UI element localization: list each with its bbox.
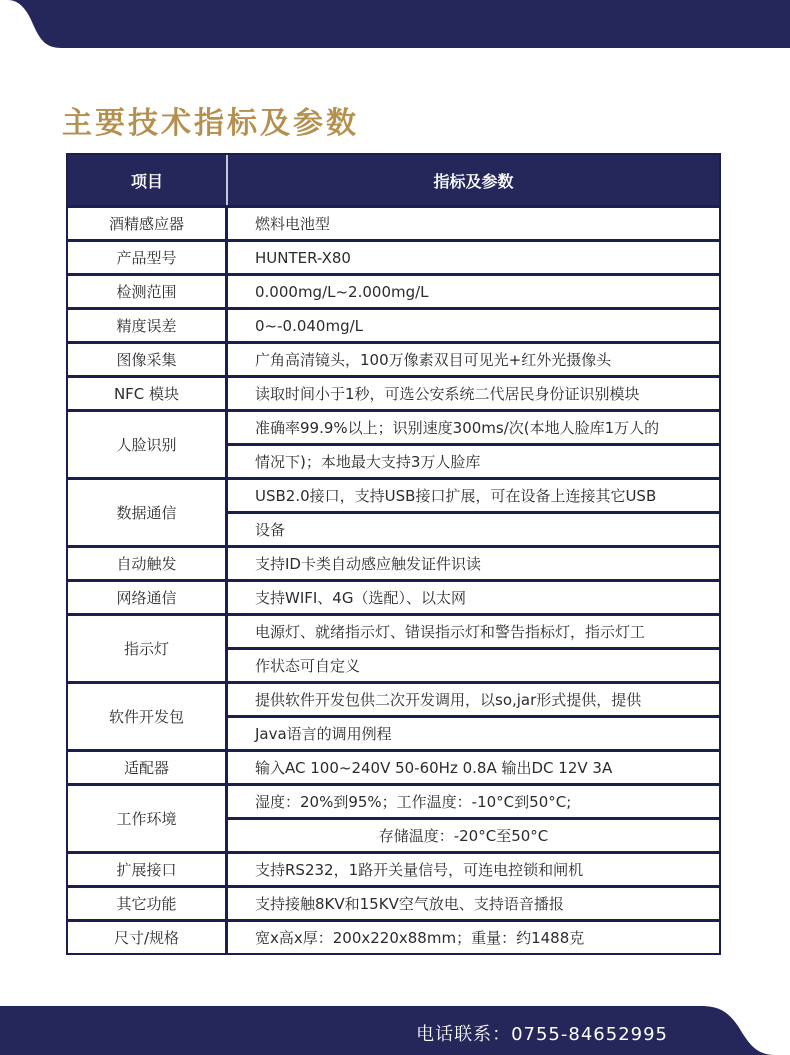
table-row: 人脸识别 准确率99.9%以上；识别速度300ms/次(本地人脸库1万人的 情况…	[68, 409, 719, 477]
row-label: 产品型号	[68, 242, 228, 273]
spec-table: 项目 指标及参数 酒精感应器 燃料电池型 产品型号 HUNTER-X80 检测范…	[66, 153, 721, 955]
row-label: 网络通信	[68, 582, 228, 613]
row-value: 输入AC 100~240V 50-60Hz 0.8A 输出DC 12V 3A	[228, 752, 719, 783]
row-value: 0~-0.040mg/L	[228, 310, 719, 341]
table-row: 网络通信 支持WIFI、4G（选配）、以太网	[68, 579, 719, 613]
row-value: 准确率99.9%以上；识别速度300ms/次(本地人脸库1万人的	[228, 412, 719, 443]
row-value: 提供软件开发包供二次开发调用，以so,jar形式提供，提供	[228, 684, 719, 715]
row-value: 支持接触8KV和15KV空气放电、支持语音播报	[228, 888, 719, 919]
footer-contact-phone: 电话联系：0755-84652995	[416, 1020, 668, 1046]
row-value: 电源灯、就绪指示灯、错误指示灯和警告指标灯，指示灯工	[228, 616, 719, 647]
row-label: 检测范围	[68, 276, 228, 307]
table-row: 数据通信 USB2.0接口，支持USB接口扩展，可在设备上连接其它USB 设备	[68, 477, 719, 545]
row-label: 指示灯	[68, 616, 228, 681]
row-value: 读取时间小于1秒，可选公安系统二代居民身份证识别模块	[228, 378, 719, 409]
row-value: 设备	[228, 511, 719, 545]
table-row: 软件开发包 提供软件开发包供二次开发调用，以so,jar形式提供，提供 Java…	[68, 681, 719, 749]
table-row: NFC 模块 读取时间小于1秒，可选公安系统二代居民身份证识别模块	[68, 375, 719, 409]
row-value: 存储温度：-20°C至50°C	[228, 817, 719, 851]
row-label: 尺寸/规格	[68, 922, 228, 953]
row-value: 情况下)；本地最大支持3万人脸库	[228, 443, 719, 477]
table-header: 项目 指标及参数	[68, 155, 719, 205]
row-value: 支持ID卡类自动感应触发证件识读	[228, 548, 719, 579]
row-value: HUNTER-X80	[228, 242, 719, 273]
table-row: 检测范围 0.000mg/L~2.000mg/L	[68, 273, 719, 307]
header-spec: 指标及参数	[228, 155, 719, 205]
table-row: 图像采集 广角高清镜头，100万像素双目可见光+红外光摄像头	[68, 341, 719, 375]
table-row: 适配器 输入AC 100~240V 50-60Hz 0.8A 输出DC 12V …	[68, 749, 719, 783]
row-label: 酒精感应器	[68, 208, 228, 239]
table-row: 指示灯 电源灯、就绪指示灯、错误指示灯和警告指标灯，指示灯工 作状态可自定义	[68, 613, 719, 681]
row-label: NFC 模块	[68, 378, 228, 409]
row-value: Java语言的调用例程	[228, 715, 719, 749]
row-value: 湿度：20%到95%；工作温度：-10°C到50°C;	[228, 786, 719, 817]
table-row: 尺寸/规格 宽x高x厚：200x220x88mm；重量：约1488克	[68, 919, 719, 953]
table-row: 工作环境 湿度：20%到95%；工作温度：-10°C到50°C; 存储温度：-2…	[68, 783, 719, 851]
table-row: 自动触发 支持ID卡类自动感应触发证件识读	[68, 545, 719, 579]
row-label: 工作环境	[68, 786, 228, 851]
table-row: 产品型号 HUNTER-X80	[68, 239, 719, 273]
table-row: 精度误差 0~-0.040mg/L	[68, 307, 719, 341]
row-value: 0.000mg/L~2.000mg/L	[228, 276, 719, 307]
row-value: 广角高清镜头，100万像素双目可见光+红外光摄像头	[228, 344, 719, 375]
row-value: 宽x高x厚：200x220x88mm；重量：约1488克	[228, 922, 719, 953]
row-label: 精度误差	[68, 310, 228, 341]
table-row: 其它功能 支持接触8KV和15KV空气放电、支持语音播报	[68, 885, 719, 919]
row-label: 自动触发	[68, 548, 228, 579]
row-value: 支持RS232，1路开关量信号，可连电控锁和闸机	[228, 854, 719, 885]
table-row: 酒精感应器 燃料电池型	[68, 205, 719, 239]
row-value: 燃料电池型	[228, 208, 719, 239]
bottom-banner	[0, 1006, 790, 1055]
row-label: 图像采集	[68, 344, 228, 375]
row-label: 数据通信	[68, 480, 228, 545]
top-banner	[0, 0, 790, 48]
table-row: 扩展接口 支持RS232，1路开关量信号，可连电控锁和闸机	[68, 851, 719, 885]
row-label: 适配器	[68, 752, 228, 783]
row-label: 人脸识别	[68, 412, 228, 477]
row-value: USB2.0接口，支持USB接口扩展，可在设备上连接其它USB	[228, 480, 719, 511]
row-label: 软件开发包	[68, 684, 228, 749]
row-value: 支持WIFI、4G（选配）、以太网	[228, 582, 719, 613]
row-label: 扩展接口	[68, 854, 228, 885]
row-value: 作状态可自定义	[228, 647, 719, 681]
header-item: 项目	[68, 155, 228, 205]
page-title: 主要技术指标及参数	[62, 98, 359, 142]
row-label: 其它功能	[68, 888, 228, 919]
